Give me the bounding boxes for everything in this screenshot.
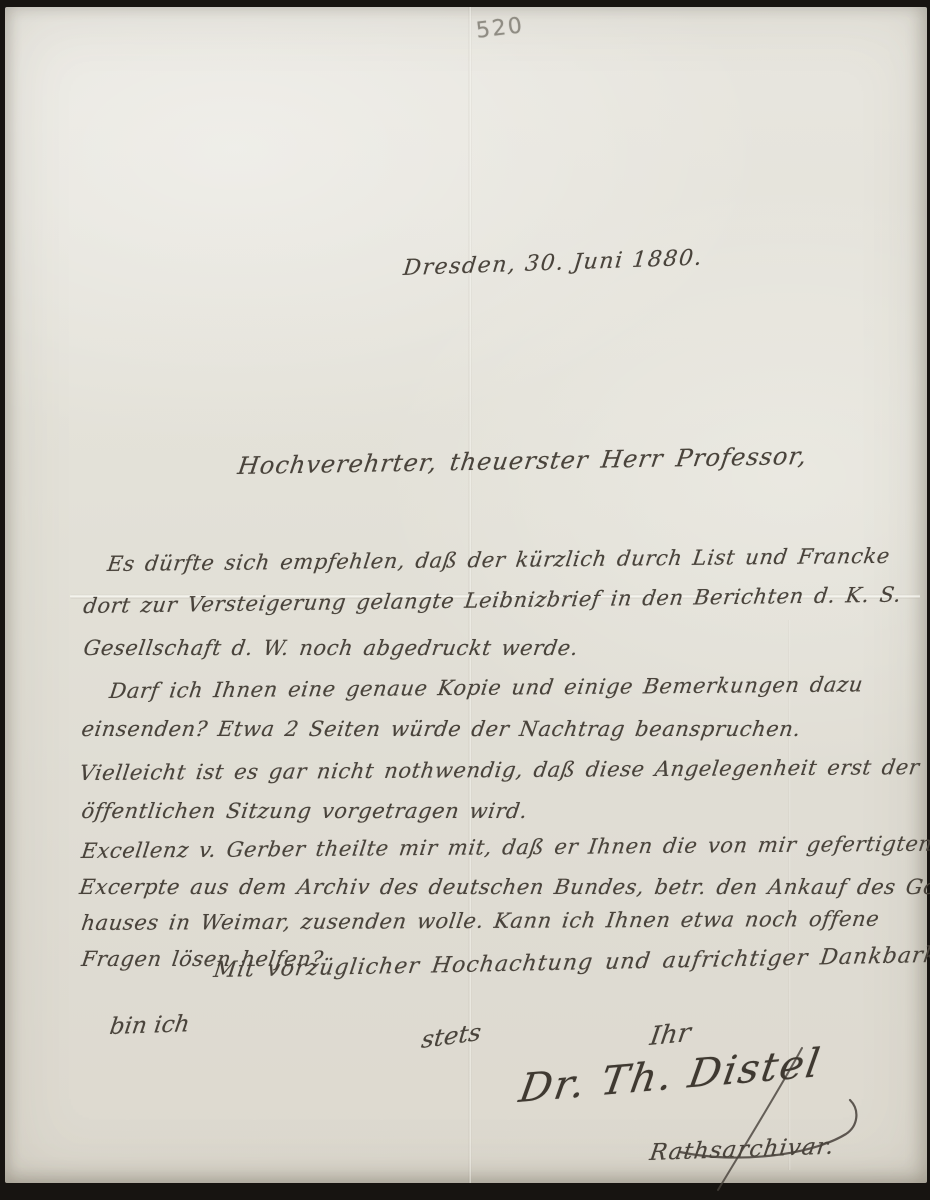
paragraph-4-line-2: Excerpte aus dem Archiv des deutschen Bu…	[78, 875, 930, 899]
paragraph-2-line-2: einsenden? Etwa 2 Seiten würde der Nacht…	[80, 717, 802, 741]
paragraph-3-line-2: öffentlichen Sitzung vorgetragen wird.	[80, 799, 529, 823]
scan-background: 520 Dresden, 30. Juni 1880. Hochverehrte…	[0, 0, 930, 1200]
paragraph-4-line-3: hauses in Weimar, zusenden wolle. Kann i…	[80, 907, 881, 935]
closing-line-2: bin ich	[108, 1011, 191, 1040]
paragraph-1-line-3: Gesellschaft d. W. noch abgedruckt werde…	[82, 636, 580, 660]
